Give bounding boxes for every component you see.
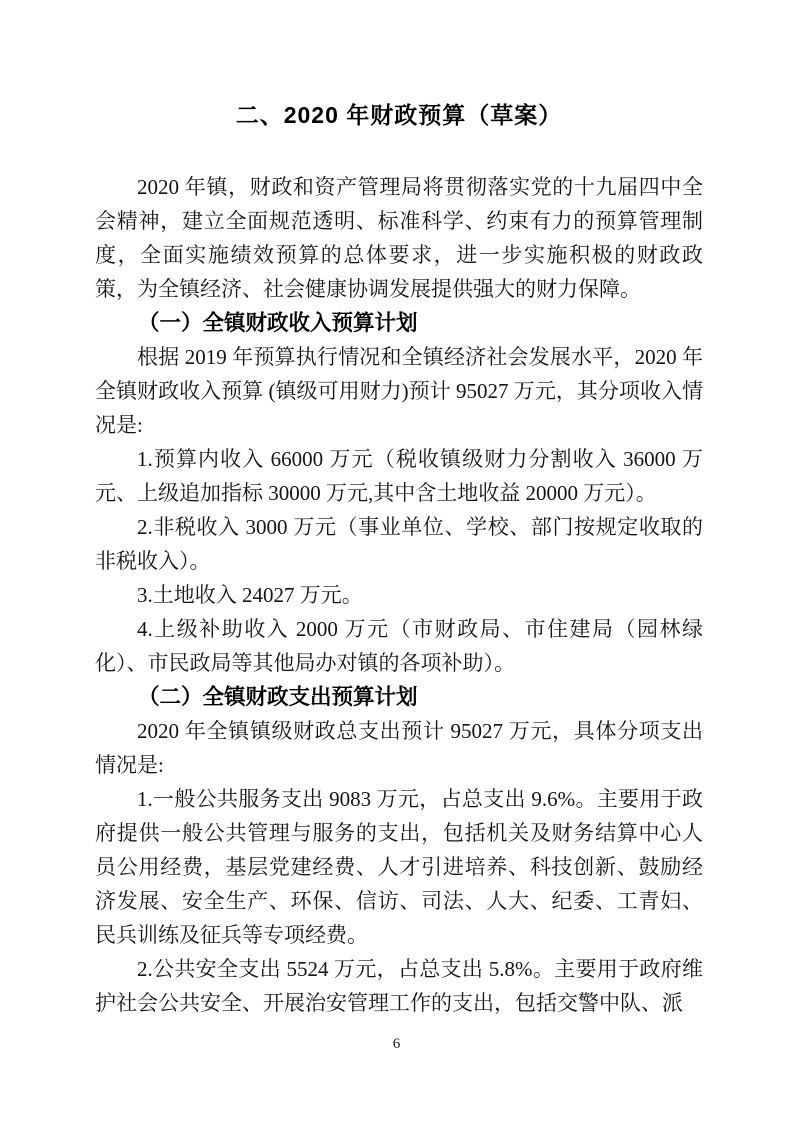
list-item-public-service-expenditure: 1.一般公共服务支出 9083 万元，占总支出 9.6%。主要用于政府提供一般公… — [95, 782, 703, 952]
paragraph-expenditure-overview: 2020 年全镇镇级财政总支出预计 95027 万元，具体分项支出情况是: — [95, 714, 703, 782]
list-item-nontax-revenue: 2.非税收入 3000 万元（事业单位、学校、部门按规定收取的非税收入）。 — [95, 510, 703, 578]
page-number: 6 — [0, 1036, 793, 1053]
paragraph-intro: 2020 年镇，财政和资产管理局将贯彻落实党的十九届四中全会精神，建立全面规范透… — [95, 170, 703, 306]
list-item-public-security-expenditure: 2.公共安全支出 5524 万元，占总支出 5.8%。主要用于政府维护社会公共安… — [95, 952, 703, 1020]
paragraph-revenue-overview: 根据 2019 年预算执行情况和全镇经济社会发展水平，2020 年全镇财政收入预… — [95, 340, 703, 442]
list-item-subsidy-revenue: 4.上级补助收入 2000 万元（市财政局、市住建局（园林绿化）、市民政局等其他… — [95, 612, 703, 680]
list-item-land-revenue: 3.土地收入 24027 万元。 — [95, 578, 703, 612]
document-title: 二、2020 年财政预算（草案） — [95, 100, 703, 130]
section-heading-revenue: （一）全镇财政收入预算计划 — [95, 306, 703, 340]
document-content: 二、2020 年财政预算（草案） 2020 年镇，财政和资产管理局将贯彻落实党的… — [95, 100, 703, 1020]
document-page: 二、2020 年财政预算（草案） 2020 年镇，财政和资产管理局将贯彻落实党的… — [0, 0, 793, 1122]
section-heading-expenditure: （二）全镇财政支出预算计划 — [95, 680, 703, 714]
list-item-budget-revenue: 1.预算内收入 66000 万元（税收镇级财力分割收入 36000 万元、上级追… — [95, 442, 703, 510]
